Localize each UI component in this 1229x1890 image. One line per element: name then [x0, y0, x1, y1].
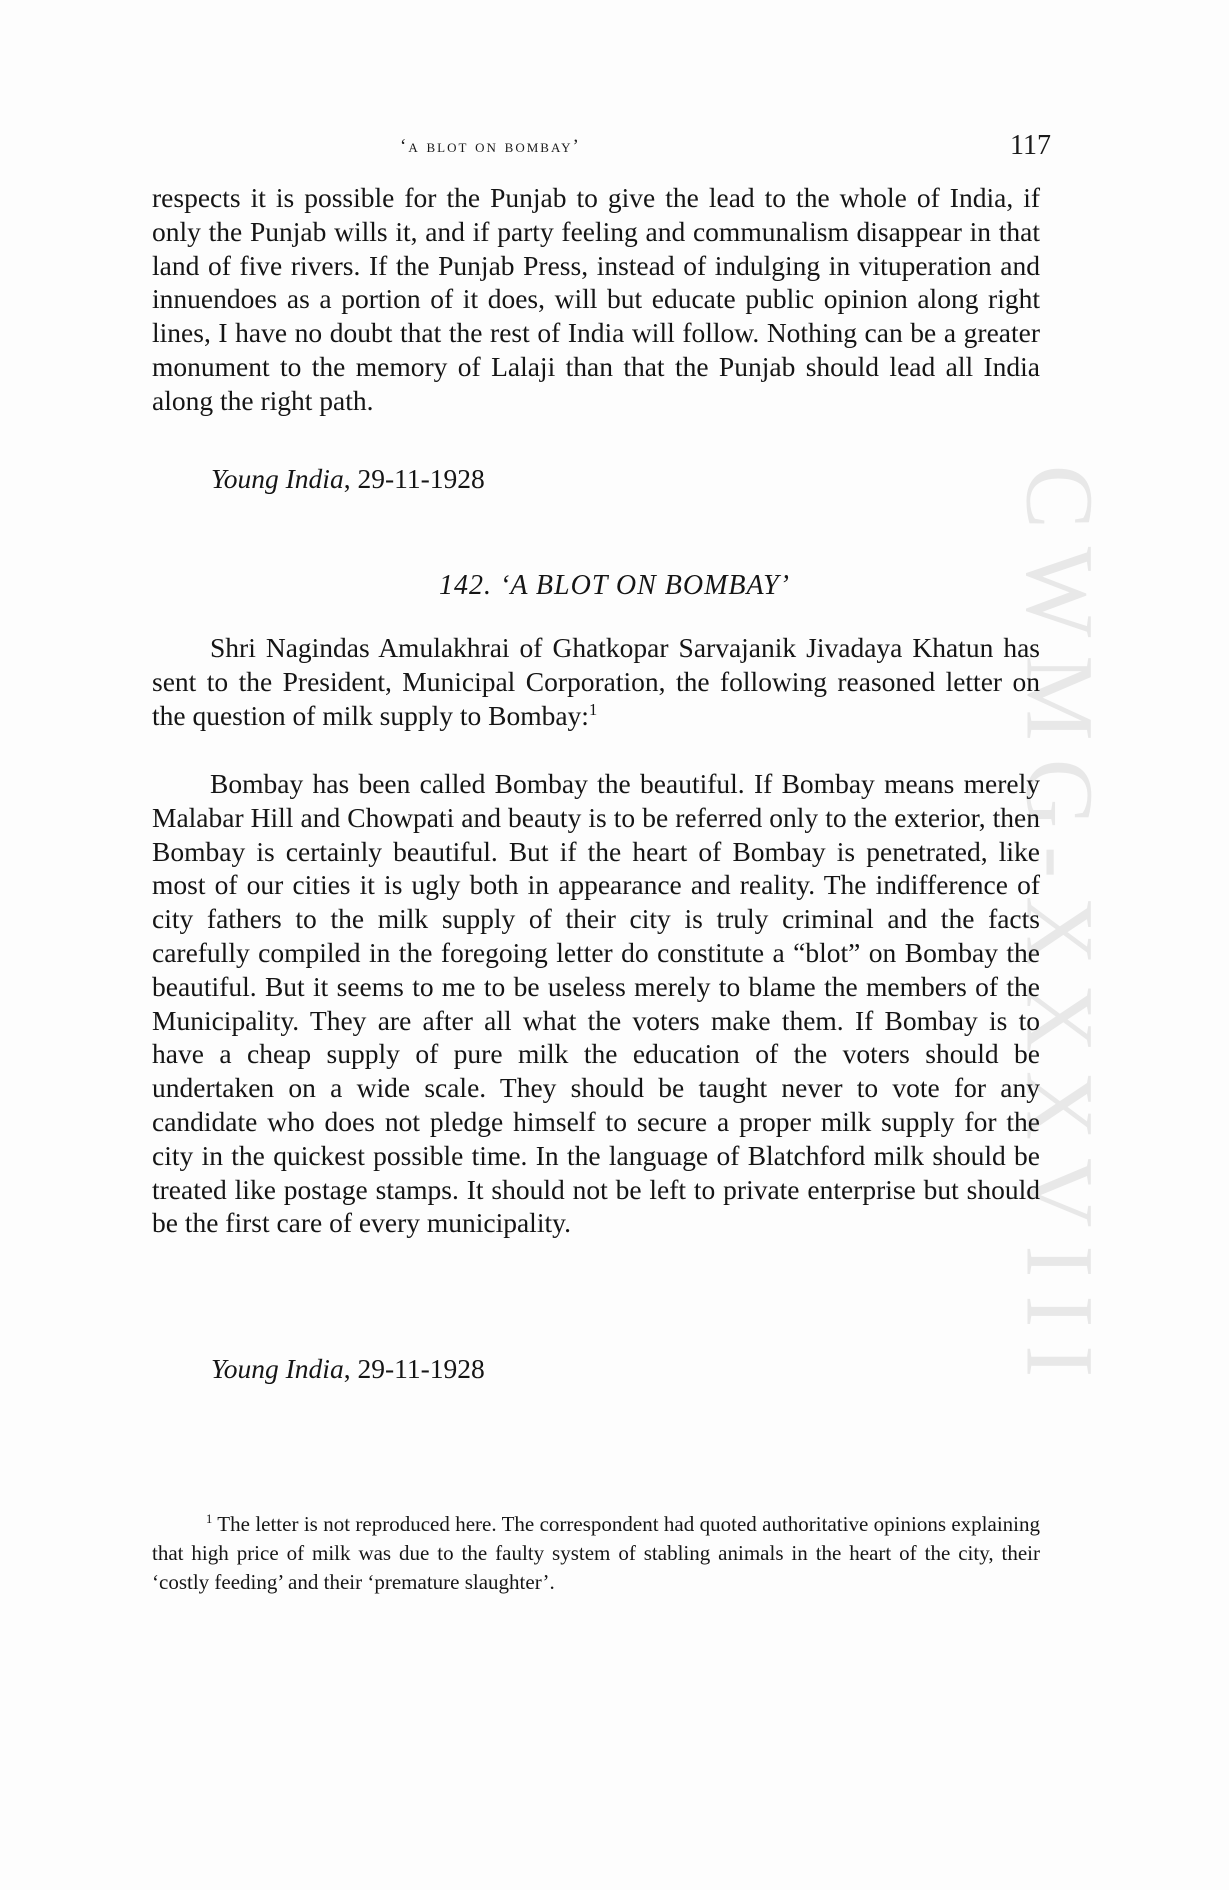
body-paragraph: Bombay has been called Bombay the beauti…	[152, 767, 1040, 1240]
source-date: , 29-11-1928	[344, 463, 485, 494]
footnote-text: The letter is not reproduced here. The c…	[152, 1512, 1040, 1594]
continued-paragraph: respects it is possible for the Punjab t…	[152, 181, 1040, 418]
running-title: ‘A BLOT ON BOMBAY’	[400, 136, 581, 158]
source-publication: Young India	[211, 1353, 344, 1384]
document-page: CWMG-XXXVIII ‘A BLOT ON BOMBAY’ 117 resp…	[0, 0, 1229, 1890]
page-number: 117	[1010, 130, 1051, 162]
source-citation-1: Young India, 29-11-1928	[211, 463, 485, 495]
section-number: 142.	[439, 570, 492, 601]
source-date: , 29-11-1928	[344, 1353, 485, 1384]
section-title: ‘A BLOT ON BOMBAY’	[500, 570, 790, 601]
footnote-marker: 1	[206, 1512, 212, 1526]
running-header: ‘A BLOT ON BOMBAY’ 117	[0, 130, 1229, 166]
continued-paragraph-block: respects it is possible for the Punjab t…	[152, 181, 1040, 418]
footnote-reference[interactable]: 1	[589, 699, 597, 718]
body-paragraph-block: Bombay has been called Bombay the beauti…	[152, 767, 1040, 1240]
footnote: 1 The letter is not reproduced here. The…	[152, 1510, 1040, 1597]
source-publication: Young India	[211, 463, 344, 494]
intro-paragraph-block: Shri Nagindas Amulakhrai of Ghatkopar Sa…	[152, 631, 1040, 732]
section-heading: 142. ‘A BLOT ON BOMBAY’	[0, 570, 1229, 602]
source-citation-2: Young India, 29-11-1928	[211, 1353, 485, 1385]
